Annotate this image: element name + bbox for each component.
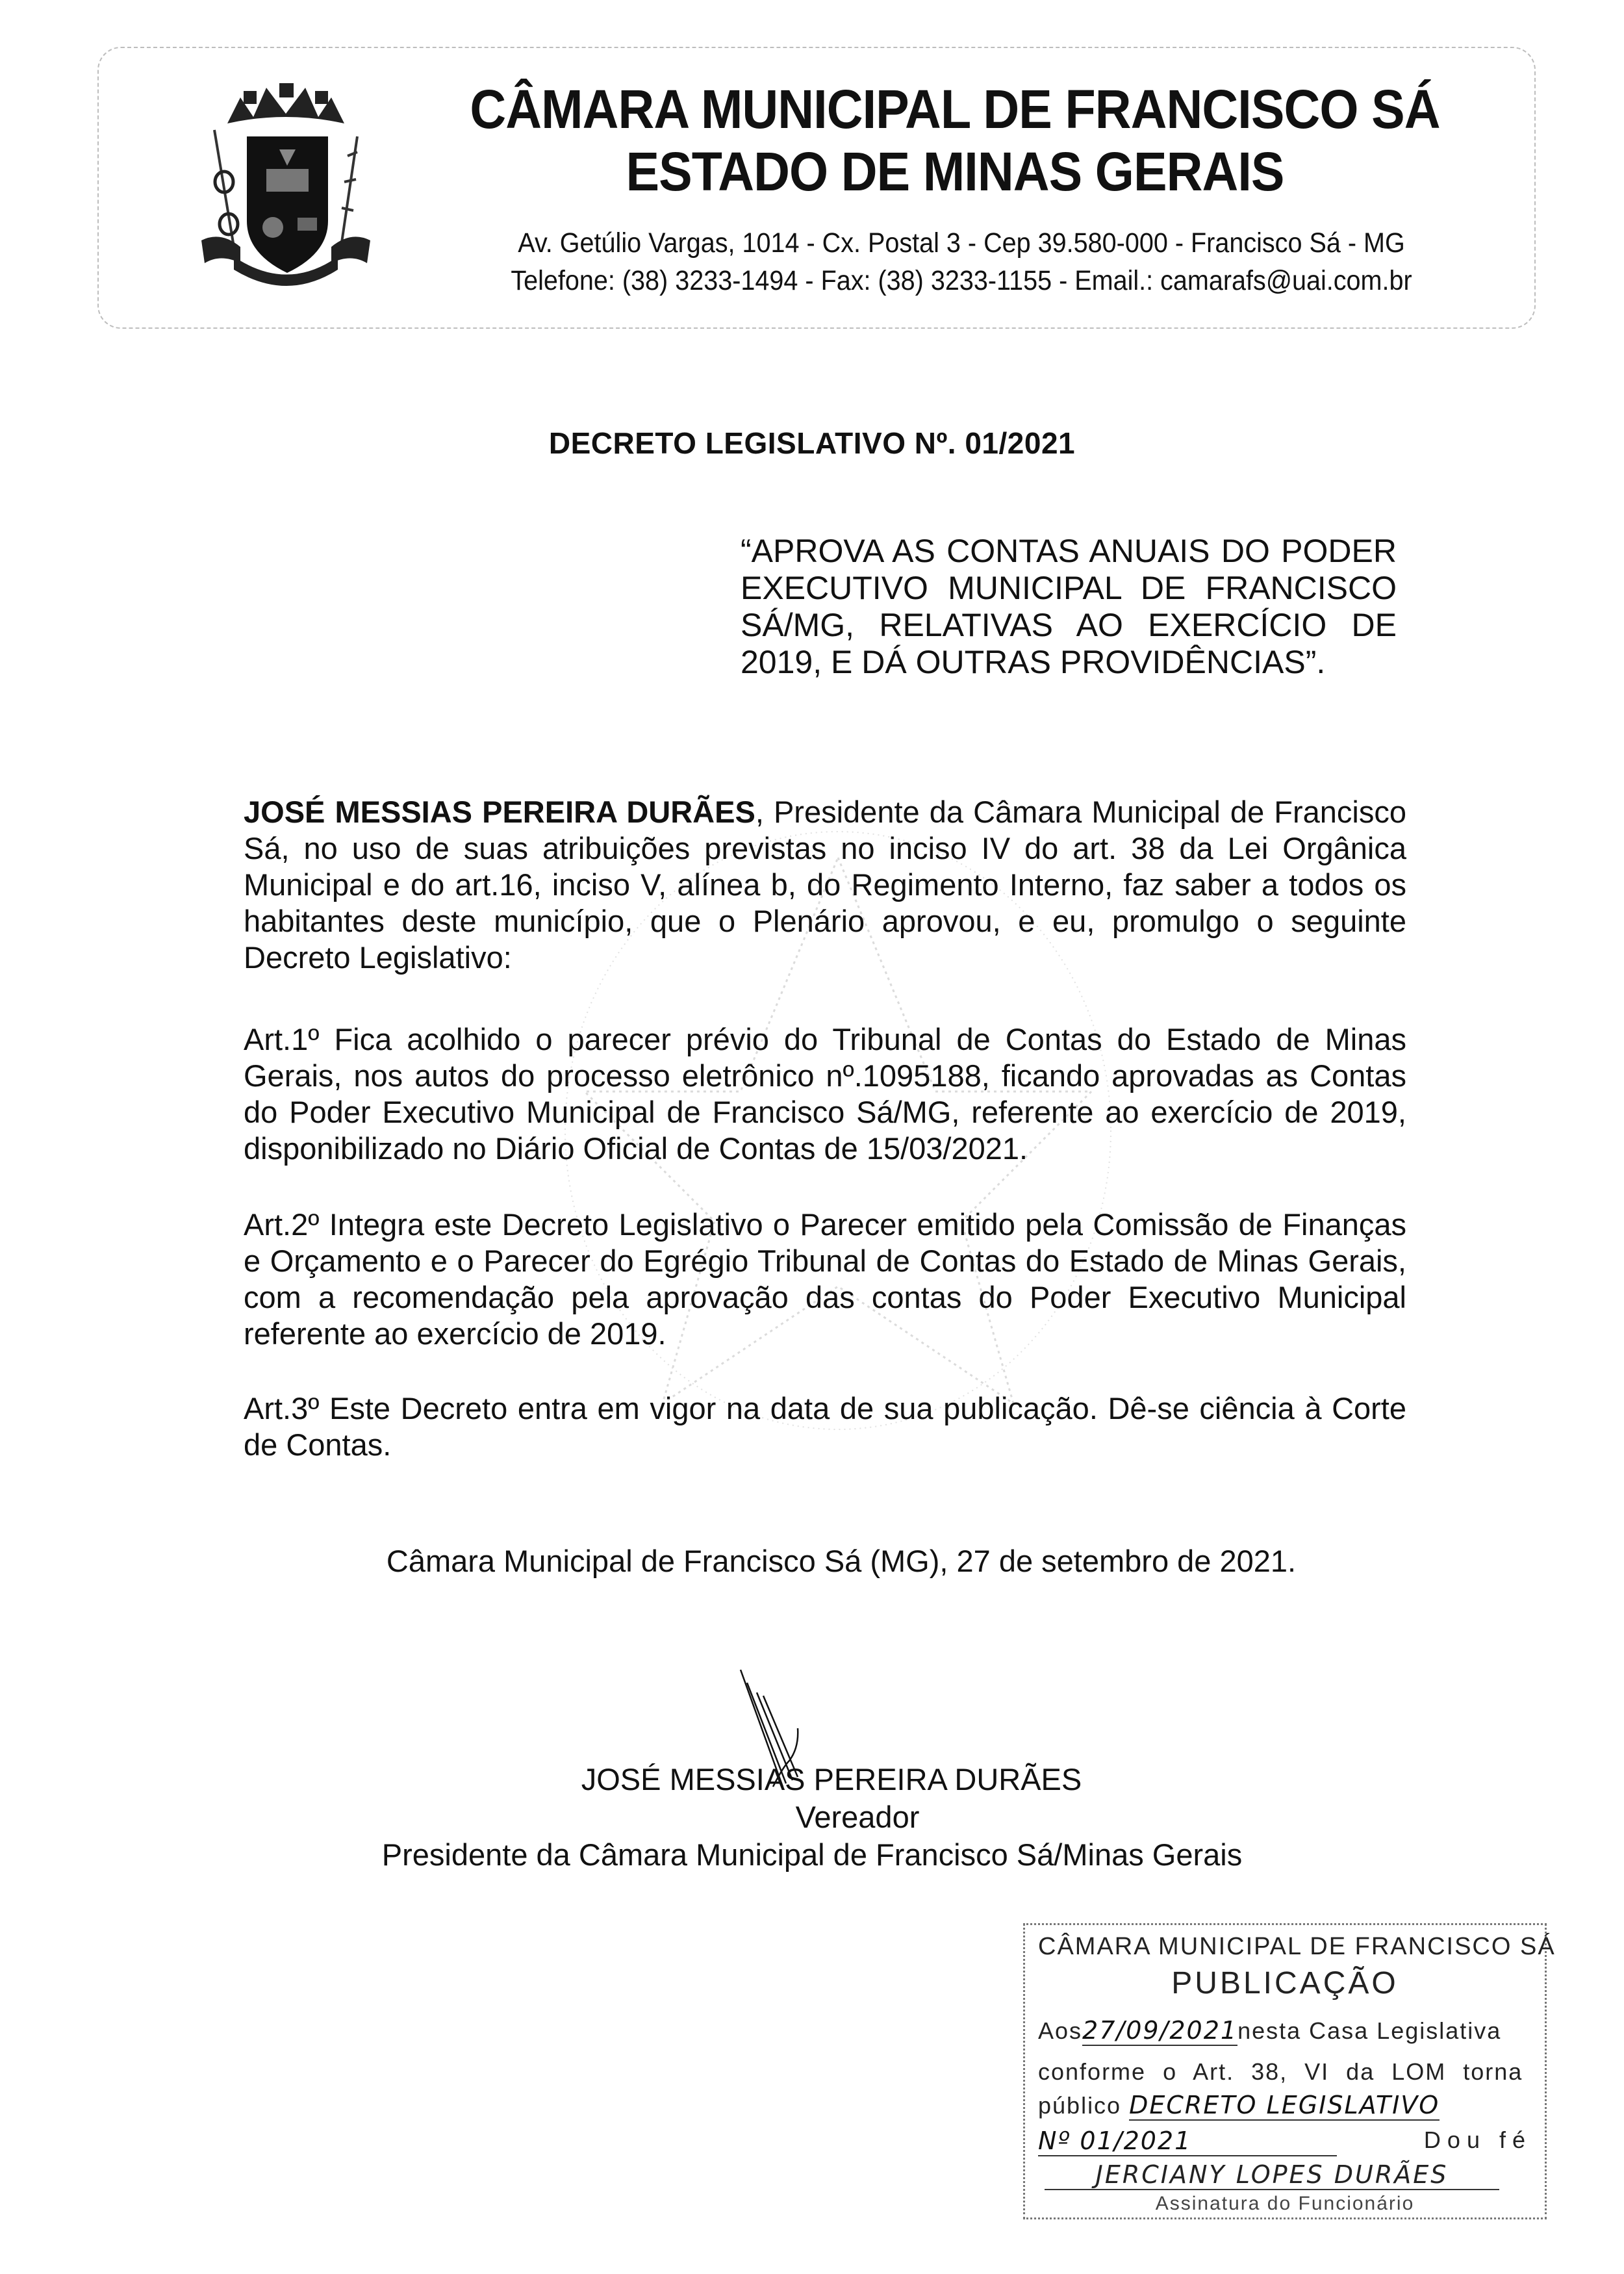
signer-position: Presidente da Câmara Municipal de Franci…	[0, 1836, 1624, 1874]
stamp-number-handwritten: Nº 01/2021	[1038, 2127, 1337, 2156]
article-3: Art.3º Este Decreto entra em vigor na da…	[244, 1390, 1406, 1463]
stamp-date-line: Aos27/09/2021nesta Casa Legislativa	[1038, 2016, 1532, 2046]
stamp-publico-line: público DECRETO LEGISLATIVO	[1038, 2091, 1532, 2121]
institution-title-line2: ESTADO DE MINAS GERAIS	[459, 140, 1451, 203]
institution-contact: Telefone: (38) 3233-1494 - Fax: (38) 323…	[472, 262, 1452, 300]
intro-paragraph: JOSÉ MESSIAS PEREIRA DURÃES, Presidente …	[244, 794, 1406, 976]
publication-stamp: CÂMARA MUNICIPAL DE FRANCISCO SÁ PUBLICA…	[1023, 1923, 1547, 2219]
stamp-publico-handwritten: DECRETO LEGISLATIVO	[1129, 2091, 1440, 2121]
stamp-clerk-signature: JERCIANY LOPES DURÃES	[1045, 2160, 1499, 2190]
institution-title-line1: CÂMARA MUNICIPAL DE FRANCISCO SÁ	[459, 78, 1451, 140]
signature-block: JOSÉ MESSIAS PEREIRA DURÃES Vereador Pre…	[0, 1761, 1624, 1874]
stamp-aos-suffix: nesta Casa Legislativa	[1237, 2017, 1501, 2044]
stamp-date-handwritten: 27/09/2021	[1082, 2016, 1237, 2046]
institution-name: CÂMARA MUNICIPAL DE FRANCISCO SÁ ESTADO …	[459, 78, 1451, 203]
place-and-date: Câmara Municipal de Francisco Sá (MG), 2…	[0, 1543, 1624, 1579]
decree-ementa: “APROVA AS CONTAS ANUAIS DO PODER EXECUT…	[741, 533, 1397, 681]
institution-address-block: Av. Getúlio Vargas, 1014 - Cx. Postal 3 …	[472, 224, 1452, 300]
stamp-institution: CÂMARA MUNICIPAL DE FRANCISCO SÁ	[1038, 1933, 1532, 1961]
municipal-coat-of-arms-icon	[182, 78, 390, 292]
stamp-aos-label: Aos	[1038, 2017, 1082, 2044]
president-name: JOSÉ MESSIAS PEREIRA DURÃES	[244, 795, 755, 829]
stamp-dou-fe: Dou fé	[1424, 2127, 1532, 2154]
stamp-footer-label: Assinatura do Funcionário	[1038, 2193, 1532, 2215]
article-2: Art.2º Integra este Decreto Legislativo …	[244, 1207, 1406, 1352]
stamp-legal-basis: conforme o Art. 38, VI da LOM torna	[1038, 2058, 1532, 2086]
stamp-number-line: Nº 01/2021 Dou fé	[1038, 2127, 1532, 2156]
decree-title: DECRETO LEGISLATIVO Nº. 01/2021	[0, 426, 1624, 461]
institution-address: Av. Getúlio Vargas, 1014 - Cx. Postal 3 …	[472, 224, 1452, 262]
stamp-publico-label: público	[1038, 2092, 1121, 2119]
stamp-heading: PUBLICAÇÃO	[1038, 1965, 1532, 2001]
signer-name: JOSÉ MESSIAS PEREIRA DURÃES	[0, 1761, 1624, 1798]
article-1: Art.1º Fica acolhido o parecer prévio do…	[244, 1021, 1406, 1167]
signer-role: Vereador	[0, 1798, 1624, 1836]
